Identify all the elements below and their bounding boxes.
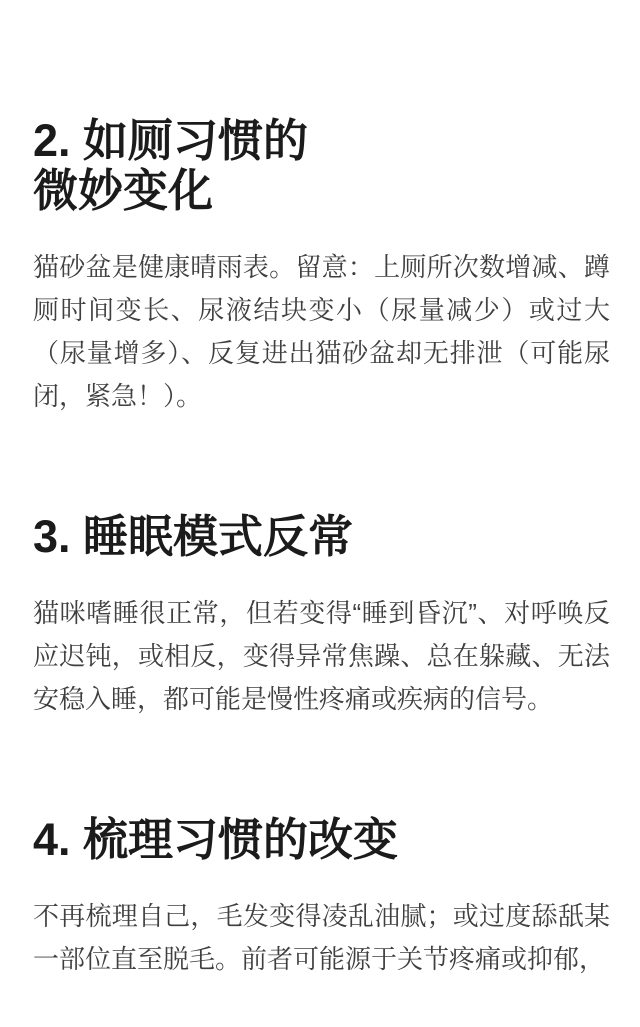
section-grooming-change: 4. 梳理习惯的改变 不再梳理自己，毛发变得凌乱油腻；或过度舔舐某一部位直至脱毛…	[33, 815, 610, 981]
section-heading-grooming-change: 4. 梳理习惯的改变	[33, 815, 610, 865]
section-toilet-habits: 2. 如厕习惯的 微妙变化 猫砂盆是健康晴雨表。留意：上厕所次数增减、蹲厕时间变…	[33, 116, 610, 418]
section-body-sleep-pattern: 猫咪嗜睡很正常，但若变得“睡到昏沉”、对呼唤反应迟钝，或相反，变得异常焦躁、总在…	[33, 592, 610, 721]
section-heading-sleep-pattern: 3. 睡眠模式反常	[33, 512, 610, 562]
section-heading-toilet-habits: 2. 如厕习惯的 微妙变化	[33, 116, 610, 216]
section-sleep-pattern: 3. 睡眠模式反常 猫咪嗜睡很正常，但若变得“睡到昏沉”、对呼唤反应迟钝，或相反…	[33, 512, 610, 721]
article-card: 2. 如厕习惯的 微妙变化 猫砂盆是健康晴雨表。留意：上厕所次数增减、蹲厕时间变…	[0, 0, 640, 1027]
section-body-toilet-habits: 猫砂盆是健康晴雨表。留意：上厕所次数增减、蹲厕时间变长、尿液结块变小（尿量减少）…	[33, 246, 610, 418]
section-body-grooming-change: 不再梳理自己，毛发变得凌乱油腻；或过度舔舐某一部位直至脱毛。前者可能源于关节疼痛…	[33, 895, 610, 981]
